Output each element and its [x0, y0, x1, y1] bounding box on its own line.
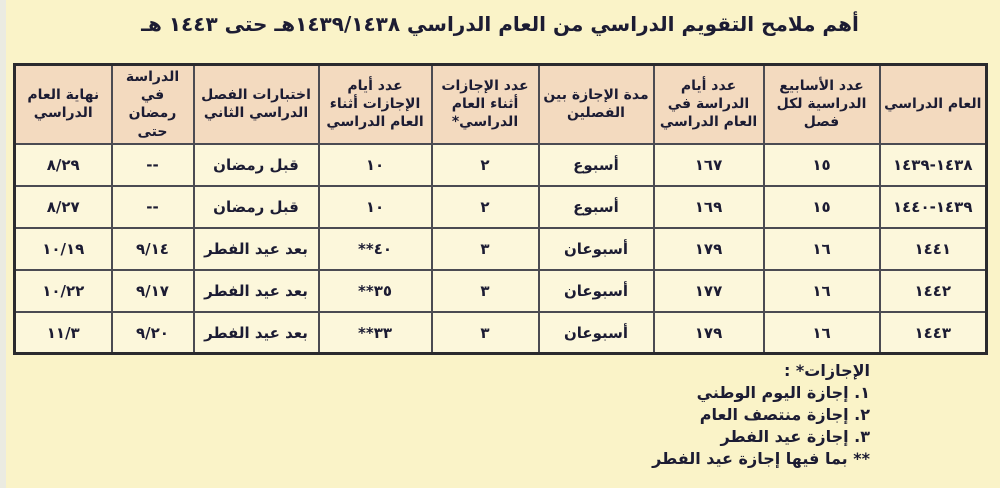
scan-edge-strip: [0, 0, 6, 488]
footnote-note: ** بما فيها إجازة عيد الفطر: [652, 448, 870, 470]
column-header-second-term-exams: اختبارات الفصل الدراسي الثاني: [194, 65, 319, 144]
cell-vacation-days: ٣٣**: [319, 312, 432, 354]
cell-weeks: ١٦: [764, 270, 880, 312]
cell-exams: قبل رمضان: [194, 186, 319, 228]
cell-break-duration: أسبوعان: [539, 270, 654, 312]
cell-year-end: ٨/٢٩: [15, 144, 112, 186]
academic-calendar-table: العام الدراسي عدد الأسابيع الدراسية لكل …: [13, 63, 988, 355]
cell-break-duration: أسبوعان: [539, 228, 654, 270]
table-row: ١٤٤٢ ١٦ ١٧٧ أسبوعان ٣ ٣٥** بعد عيد الفطر…: [15, 270, 987, 312]
column-header-year-end: نهاية العام الدراسي: [15, 65, 112, 144]
cell-vacation-days: ١٠: [319, 186, 432, 228]
header-row: العام الدراسي عدد الأسابيع الدراسية لكل …: [15, 65, 987, 144]
column-header-academic-year: العام الدراسي: [880, 65, 987, 144]
cell-academic-year: ١٤٤١: [880, 228, 987, 270]
cell-exams: بعد عيد الفطر: [194, 270, 319, 312]
cell-weeks: ١٦: [764, 228, 880, 270]
cell-exams: قبل رمضان: [194, 144, 319, 186]
footnotes-block: الإجازات* : ١. إجازة اليوم الوطني ٢. إجا…: [652, 360, 870, 470]
table-row: ١٤٣٩-١٤٤٠ ١٥ ١٦٩ أسبوع ٢ ١٠ قبل رمضان --…: [15, 186, 987, 228]
column-header-break-duration: مدة الإجازة بين الفصلين: [539, 65, 654, 144]
cell-vacation-days: ٤٠**: [319, 228, 432, 270]
table-row: ١٤٤١ ١٦ ١٧٩ أسبوعان ٣ ٤٠** بعد عيد الفطر…: [15, 228, 987, 270]
cell-ramadan-until: --: [112, 186, 194, 228]
footnotes-heading: الإجازات* :: [652, 360, 870, 382]
column-header-ramadan-study-until: الدراسة في رمضان حتى: [112, 65, 194, 144]
cell-exams: بعد عيد الفطر: [194, 312, 319, 354]
cell-year-end: ١٠/٢٢: [15, 270, 112, 312]
column-header-vacations-count: عدد الإجازات أثناء العام الدراسي*: [432, 65, 539, 144]
cell-vacations-count: ٢: [432, 186, 539, 228]
cell-ramadan-until: ٩/١٧: [112, 270, 194, 312]
cell-vacation-days: ١٠: [319, 144, 432, 186]
cell-vacations-count: ٣: [432, 270, 539, 312]
cell-year-end: ١٠/١٩: [15, 228, 112, 270]
cell-academic-year: ١٤٣٨-١٤٣٩: [880, 144, 987, 186]
cell-weeks: ١٥: [764, 186, 880, 228]
cell-vacations-count: ٢: [432, 144, 539, 186]
cell-study-days: ١٧٩: [654, 312, 764, 354]
cell-ramadan-until: --: [112, 144, 194, 186]
table-row: ١٤٣٨-١٤٣٩ ١٥ ١٦٧ أسبوع ٢ ١٠ قبل رمضان --…: [15, 144, 987, 186]
cell-ramadan-until: ٩/٢٠: [112, 312, 194, 354]
cell-weeks: ١٦: [764, 312, 880, 354]
column-header-weeks-per-semester: عدد الأسابيع الدراسية لكل فصل: [764, 65, 880, 144]
table-row: ١٤٤٣ ١٦ ١٧٩ أسبوعان ٣ ٣٣** بعد عيد الفطر…: [15, 312, 987, 354]
cell-ramadan-until: ٩/١٤: [112, 228, 194, 270]
cell-break-duration: أسبوع: [539, 144, 654, 186]
footnote-item: ٣. إجازة عيد الفطر: [652, 426, 870, 448]
cell-study-days: ١٦٧: [654, 144, 764, 186]
cell-academic-year: ١٤٤٣: [880, 312, 987, 354]
cell-weeks: ١٥: [764, 144, 880, 186]
cell-vacation-days: ٣٥**: [319, 270, 432, 312]
cell-year-end: ٨/٢٧: [15, 186, 112, 228]
cell-year-end: ١١/٣: [15, 312, 112, 354]
cell-academic-year: ١٤٣٩-١٤٤٠: [880, 186, 987, 228]
cell-study-days: ١٦٩: [654, 186, 764, 228]
footnote-item: ١. إجازة اليوم الوطني: [652, 382, 870, 404]
column-header-vacation-days: عدد أيام الإجازات أثناء العام الدراسي: [319, 65, 432, 144]
page-title: أهم ملامح التقويم الدراسي من العام الدرا…: [0, 12, 1000, 36]
footnote-item: ٢. إجازة منتصف العام: [652, 404, 870, 426]
cell-vacations-count: ٣: [432, 312, 539, 354]
cell-vacations-count: ٣: [432, 228, 539, 270]
cell-study-days: ١٧٧: [654, 270, 764, 312]
cell-study-days: ١٧٩: [654, 228, 764, 270]
cell-break-duration: أسبوع: [539, 186, 654, 228]
cell-exams: بعد عيد الفطر: [194, 228, 319, 270]
cell-break-duration: أسبوعان: [539, 312, 654, 354]
cell-academic-year: ١٤٤٢: [880, 270, 987, 312]
column-header-study-days: عدد أيام الدراسة في العام الدراسي: [654, 65, 764, 144]
